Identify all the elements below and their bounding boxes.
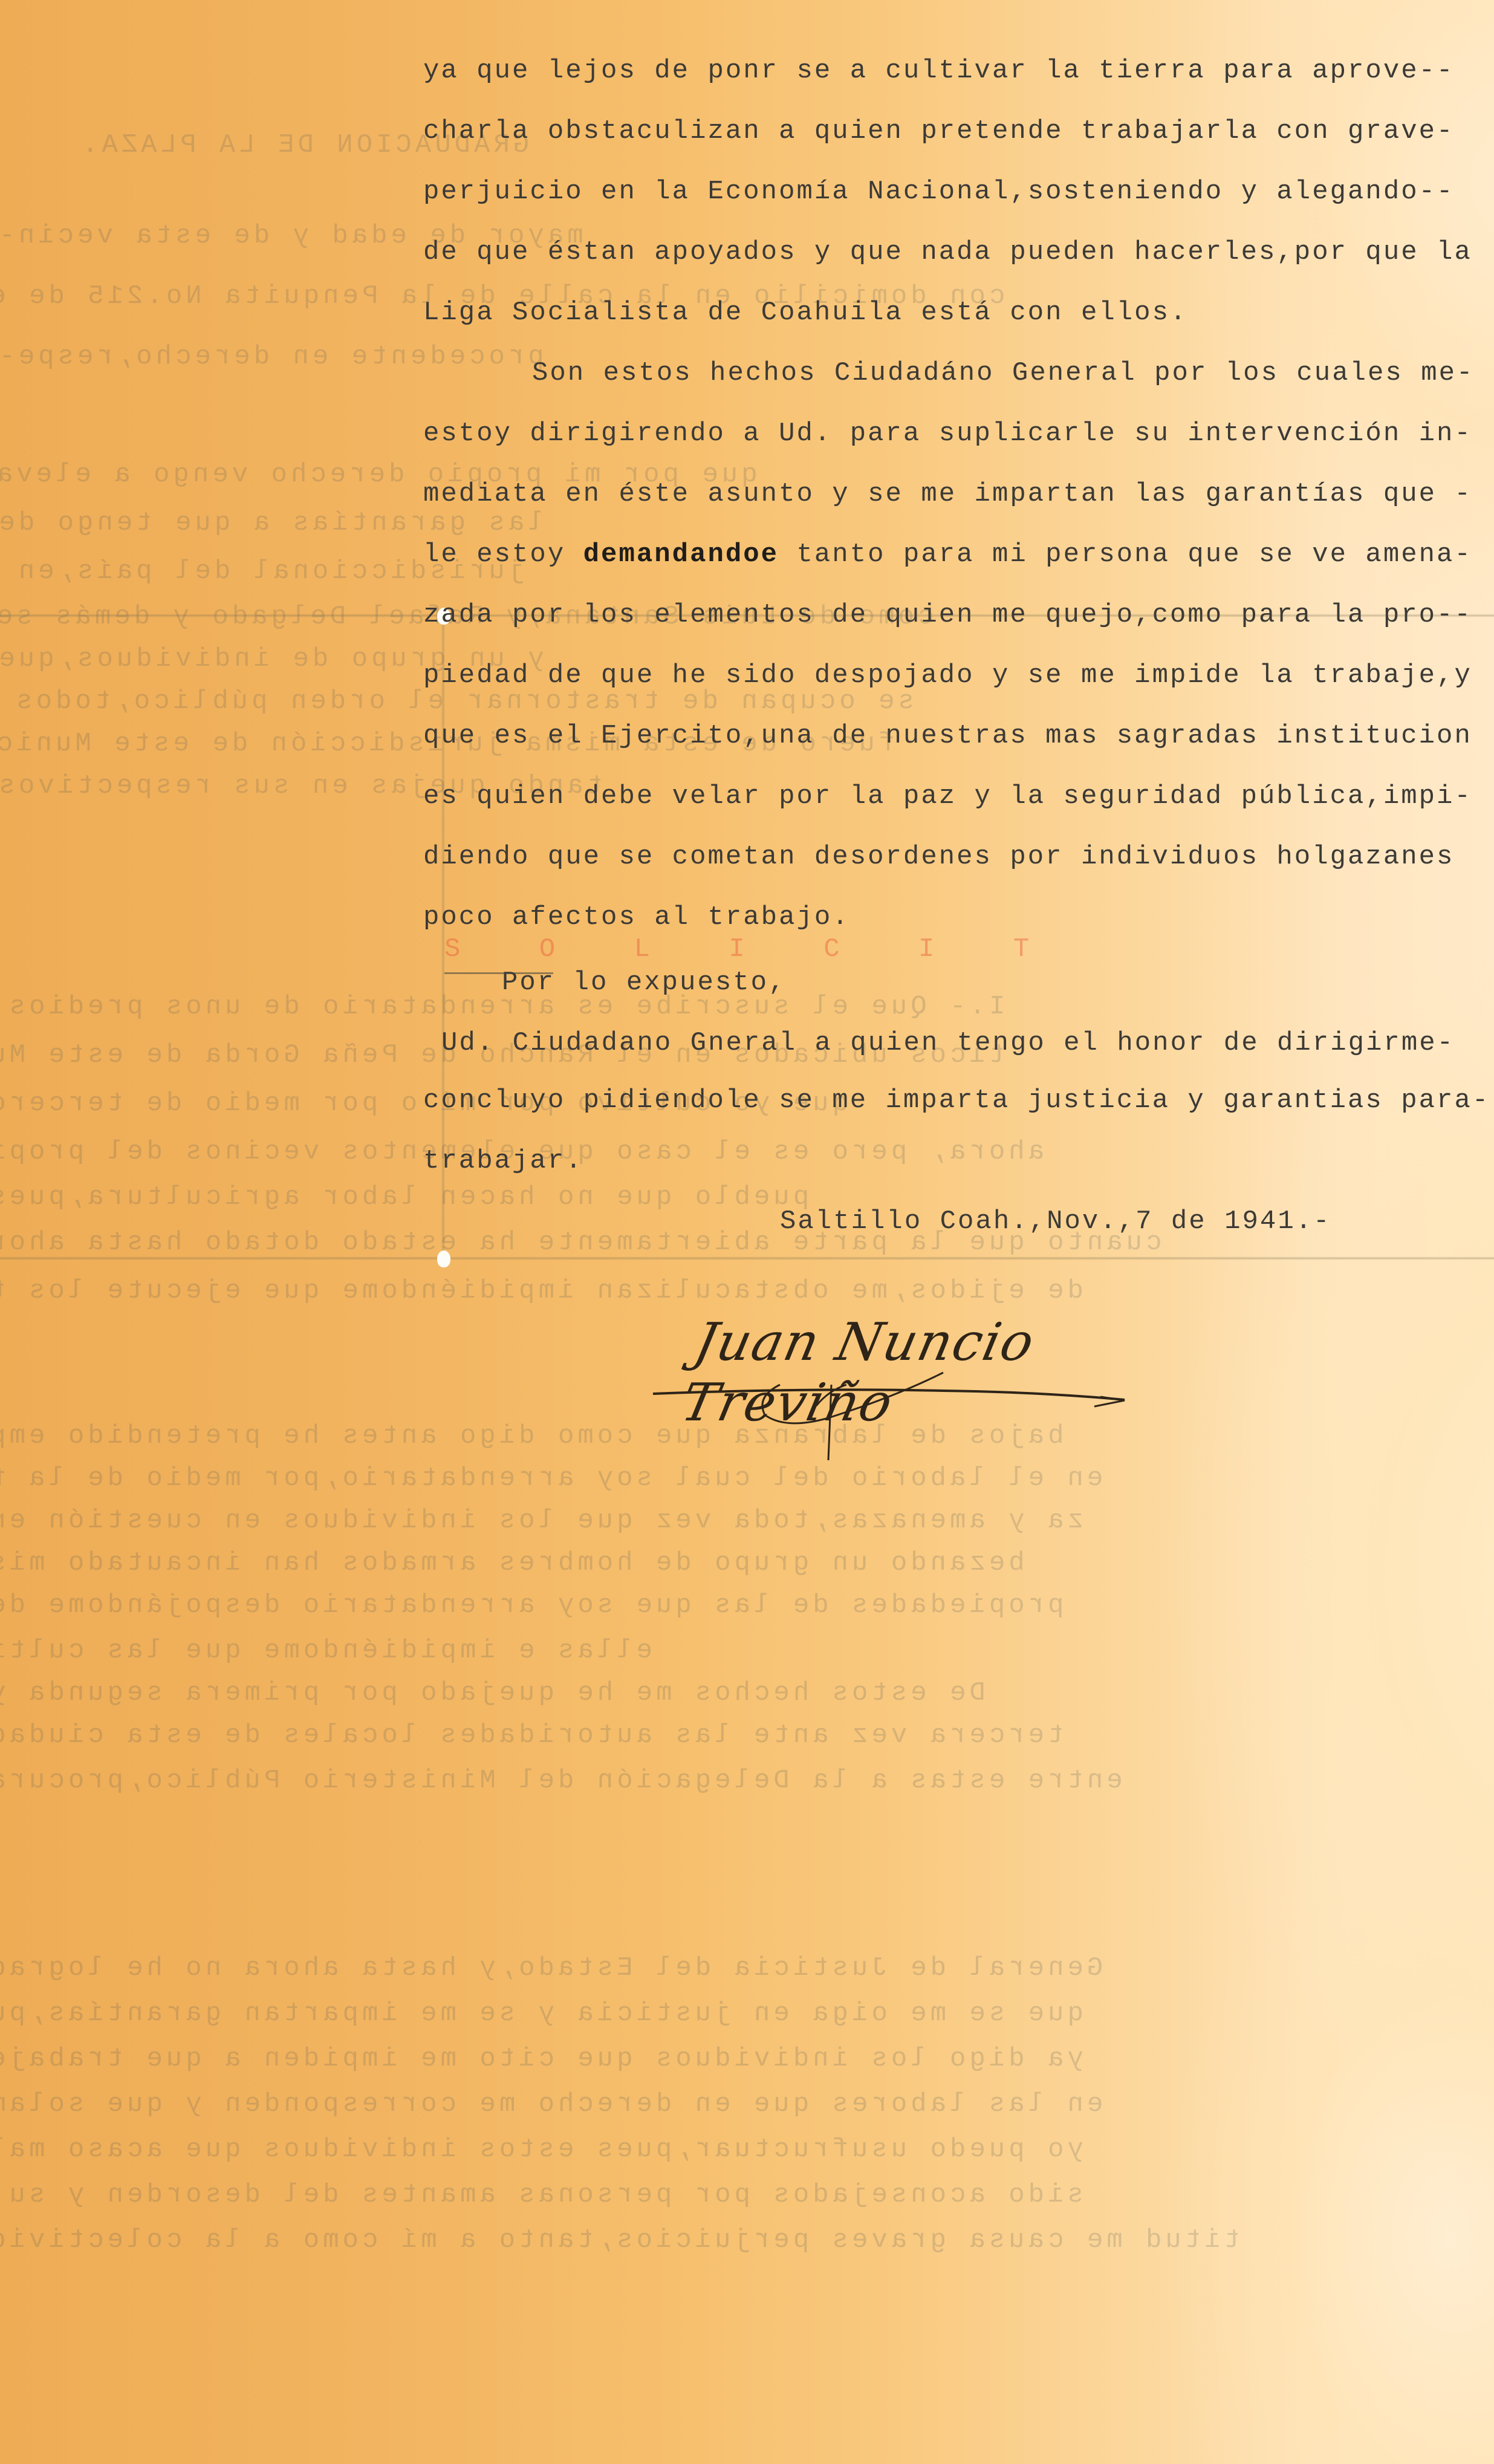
letter-line: poco afectos al trabajo. bbox=[423, 902, 850, 932]
bleed-line: propiedades de las que soy arrendatario … bbox=[0, 1590, 1064, 1620]
letter-line: mediata en éste asunto y se me impartan … bbox=[423, 479, 1472, 509]
letter-line: de que éstan apoyados y que nada pueden … bbox=[423, 237, 1472, 267]
letter-line: trabajar. bbox=[423, 1146, 583, 1176]
paper-hole bbox=[437, 1250, 450, 1267]
emphasized-word: demandandoe bbox=[583, 539, 779, 570]
bleed-line: se ocupan de trastornar el orden público… bbox=[0, 686, 914, 717]
bleed-line: titud me causa graves perjuicios,tanto a… bbox=[0, 2225, 1240, 2255]
bleed-line: procedente en derecho,respe-- bbox=[0, 342, 544, 372]
bleed-line: ellas e impidiéndome que las cultive. bbox=[0, 1636, 652, 1666]
bleed-line: De estos hechos me he quejado por primer… bbox=[0, 1678, 986, 1708]
signature-flourish-icon bbox=[629, 1288, 1161, 1469]
letter-line: le estoy demandandoe tanto para mi perso… bbox=[423, 539, 1472, 570]
bleed-line: General de Justicia del Estado,y hasta a… bbox=[0, 1953, 1103, 1983]
heading-underline bbox=[444, 972, 553, 974]
date-line: Saltillo Coah.,Nov.,7 de 1941.- bbox=[780, 1206, 1331, 1237]
bleed-line: bezando un grupo de hombres armados han … bbox=[0, 1548, 1025, 1578]
letter-line: ya que lejos de ponr se a cultivar la ti… bbox=[423, 56, 1454, 86]
bleed-line: sido aconsejados por personas amantes de… bbox=[0, 2180, 1083, 2210]
letter-line: que es el Ejercito,una de nuestras mas s… bbox=[423, 721, 1472, 751]
signature: Juan Nuncio Treviño bbox=[629, 1288, 1161, 1469]
red-heading: S O L I C I T bbox=[444, 934, 1060, 964]
bleed-line: pueblo que no hacen labor agricultura,pu… bbox=[0, 1182, 809, 1212]
letter-line: diendo que se cometan desordenes por ind… bbox=[423, 842, 1454, 872]
bleed-line: las garantías a que tengo de- bbox=[0, 508, 544, 538]
bleed-line: yo puedo usufructuar,pues estos individu… bbox=[0, 2134, 1083, 2165]
letter-line: Ud. Ciudadano Gneral a quien tengo el ho… bbox=[441, 1028, 1455, 1058]
letter-line: estoy dirigirendo a Ud. para suplicarle … bbox=[423, 418, 1472, 449]
letter-line: charla obstaculizan a quien pretende tra… bbox=[423, 116, 1454, 146]
bleed-line: tercera vez ante las autoridades locales… bbox=[0, 1720, 1064, 1750]
bleed-line: entre estas a la Delegación del Minister… bbox=[0, 1766, 1123, 1796]
letter-line: perjuicio en la Economía Nacional,sosten… bbox=[423, 177, 1454, 207]
letter-line: zada por los elementos de quien me quejo… bbox=[423, 600, 1472, 630]
bleed-line: en las labores que en derecho me corresp… bbox=[0, 2089, 1103, 2119]
bleed-line: que se me oiga en justicia y se me impar… bbox=[0, 1998, 1083, 2029]
letter-line: concluyo pidiendole se me imparta justic… bbox=[423, 1085, 1490, 1116]
fold-crease bbox=[0, 1256, 1494, 1260]
letter-line: piedad de que he sido despojado y se me … bbox=[423, 660, 1472, 691]
bleed-line: za y amenazas,toda vez que los individuo… bbox=[0, 1506, 1083, 1536]
letter-line: Son estos hechos Ciudadáno General por l… bbox=[532, 358, 1474, 388]
letter-line: es quien debe velar por la paz y la segu… bbox=[423, 781, 1472, 811]
bleed-line: ya digo los individuos que cito me impid… bbox=[0, 2044, 1083, 2074]
letter-line: Liga Socialista de Coahuila está con ell… bbox=[423, 297, 1187, 328]
